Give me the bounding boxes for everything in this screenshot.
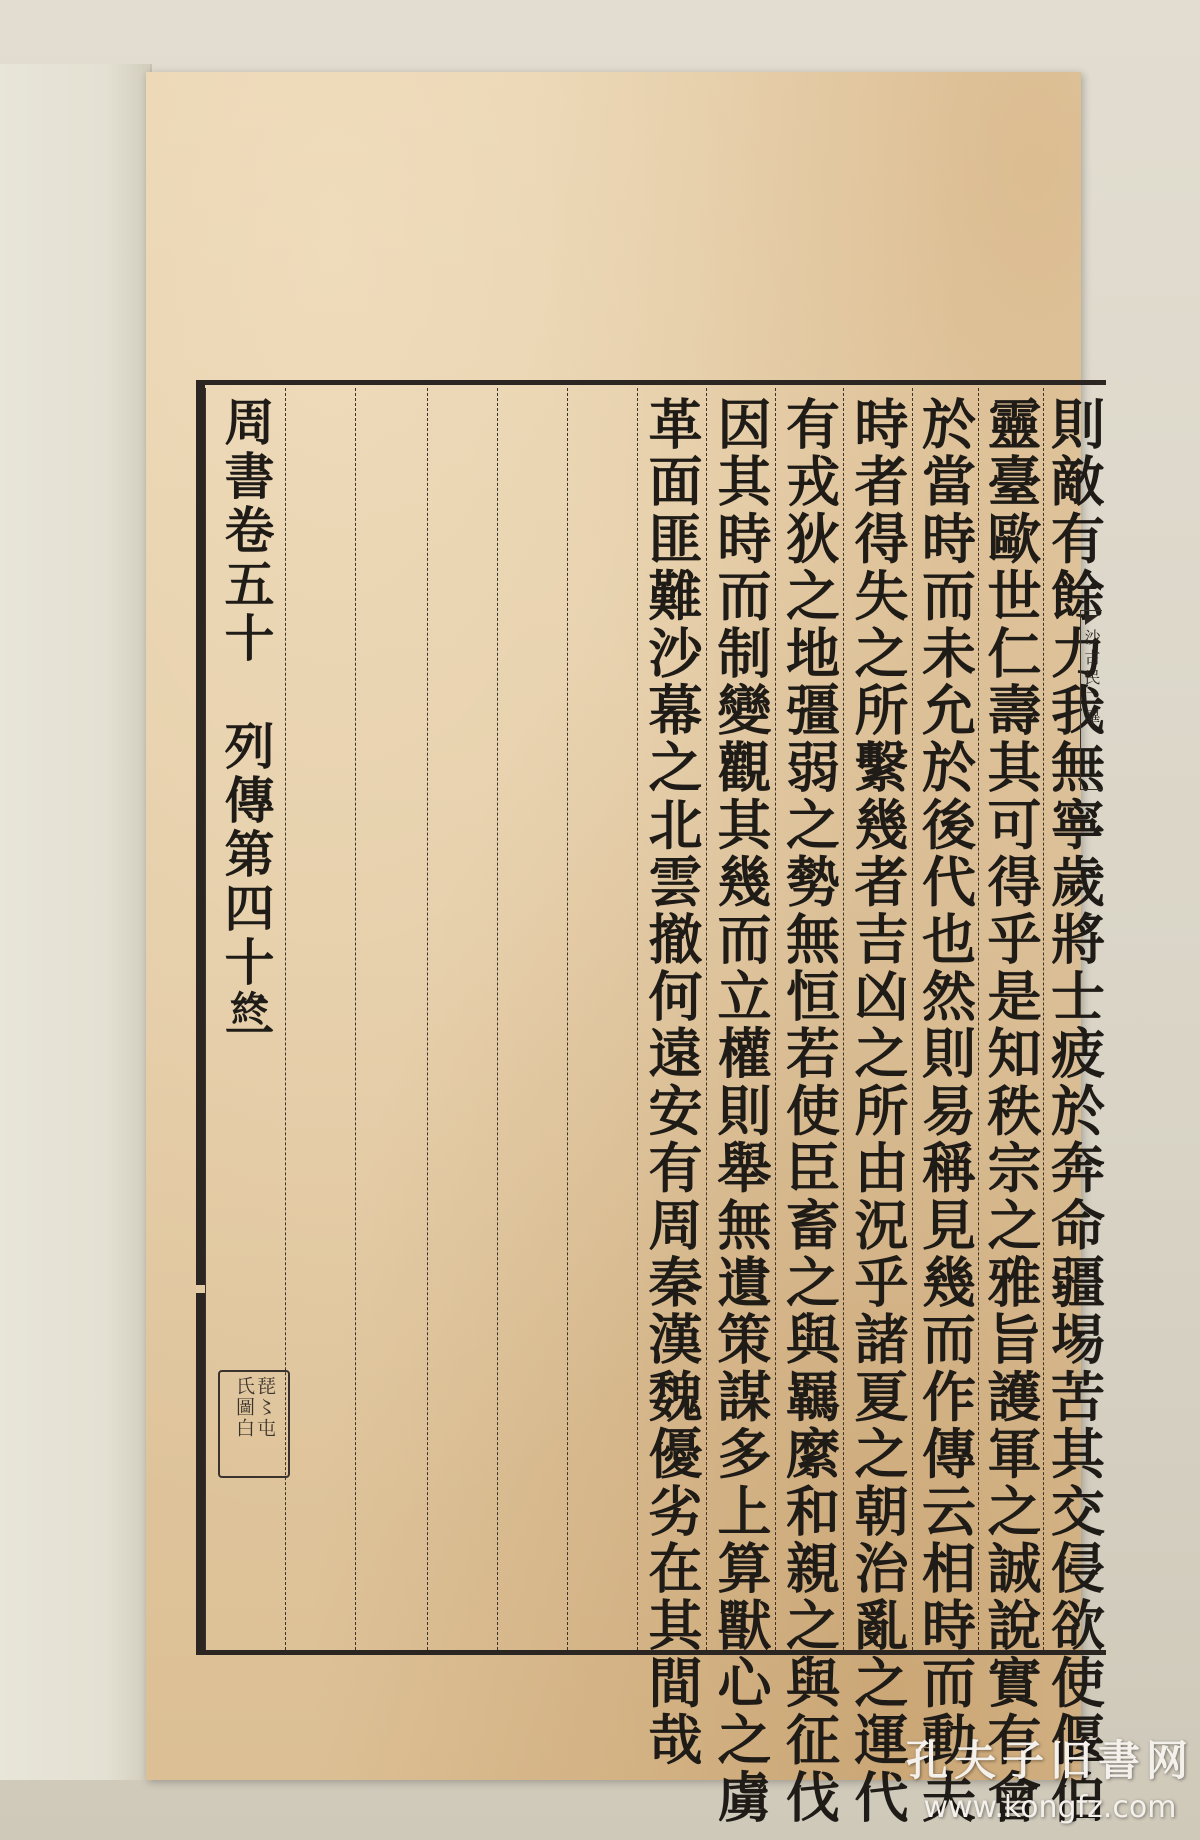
text-column-2: 靈臺歐世仁壽其可得乎是知秩宗之雅旨護軍之誠說實有會 <box>978 388 1043 1650</box>
watermark-cn: 孔夫子旧書网 <box>905 1728 1195 1788</box>
margin-edition-note: 沙 古 民 二 畢 <box>1080 610 1102 790</box>
empty-column <box>285 388 355 1650</box>
end-mark: 終 <box>222 990 273 1026</box>
seal-line: 琵〻屯 <box>255 1376 274 1472</box>
seal-line: 氏圖白 <box>234 1376 253 1472</box>
column-text: 有戎狄之地彊弱之勢無恒若使臣畜之與羈縻和親之與征伐 <box>783 396 837 1826</box>
empty-column <box>567 388 637 1650</box>
watermark-url: www.kongfz.com <box>905 1790 1195 1825</box>
column-text: 靈臺歐世仁壽其可得乎是知秩宗之雅旨護軍之誠說實有會 <box>984 396 1038 1826</box>
column-text: 因其時而制變觀其幾而立權則舉無遺策謀多上算獸心之虜 <box>714 396 768 1826</box>
empty-column <box>355 388 427 1650</box>
previous-page-edge <box>0 64 152 1780</box>
margin-char: 畢 <box>1080 709 1103 725</box>
margin-char: 古 <box>1080 649 1103 665</box>
column-text: 時者得失之所繫幾者吉凶之所由況乎諸夏之朝治亂之運代 <box>851 396 905 1826</box>
text-column-5: 有戎狄之地彊弱之勢無恒若使臣畜之與羈縻和親之與征伐 <box>775 388 843 1650</box>
collector-seal: 琵〻屯 氏圖白 <box>218 1370 290 1478</box>
site-watermark: 孔夫子旧書网 www.kongfz.com <box>905 1728 1195 1825</box>
border-break-mark <box>196 1285 205 1293</box>
column-text: 革面匪難沙幕之北雲撤何遠安有周秦漢魏優劣在其間哉 <box>645 396 699 1769</box>
empty-column <box>427 388 497 1650</box>
text-column-6: 因其時而制變觀其幾而立權則舉無遺策謀多上算獸心之虜 <box>706 388 775 1650</box>
text-column-3: 於當時而未允於後代也然則易稱見幾而作傳云相時而動夫 <box>912 388 978 1650</box>
colophon-title: 周書卷五十 列傳第四十二 <box>221 396 271 1044</box>
empty-column <box>497 388 567 1650</box>
margin-char: 沙 <box>1080 629 1103 645</box>
column-text: 於當時而未允於後代也然則易稱見幾而作傳云相時而動夫 <box>919 396 973 1826</box>
margin-char: 民 <box>1080 669 1103 685</box>
margin-char: 二 <box>1080 689 1103 705</box>
text-column-1: 則敵有餘力我無寧歲將士疲於奔命疆埸苦其交侵欲使偃伯 <box>1043 388 1105 1650</box>
text-column-4: 時者得失之所繫幾者吉凶之所由況乎諸夏之朝治亂之運代 <box>843 388 912 1650</box>
text-column-7: 革面匪難沙幕之北雲撤何遠安有周秦漢魏優劣在其間哉 <box>637 388 706 1650</box>
fishtail-triangle-icon <box>1085 615 1099 625</box>
